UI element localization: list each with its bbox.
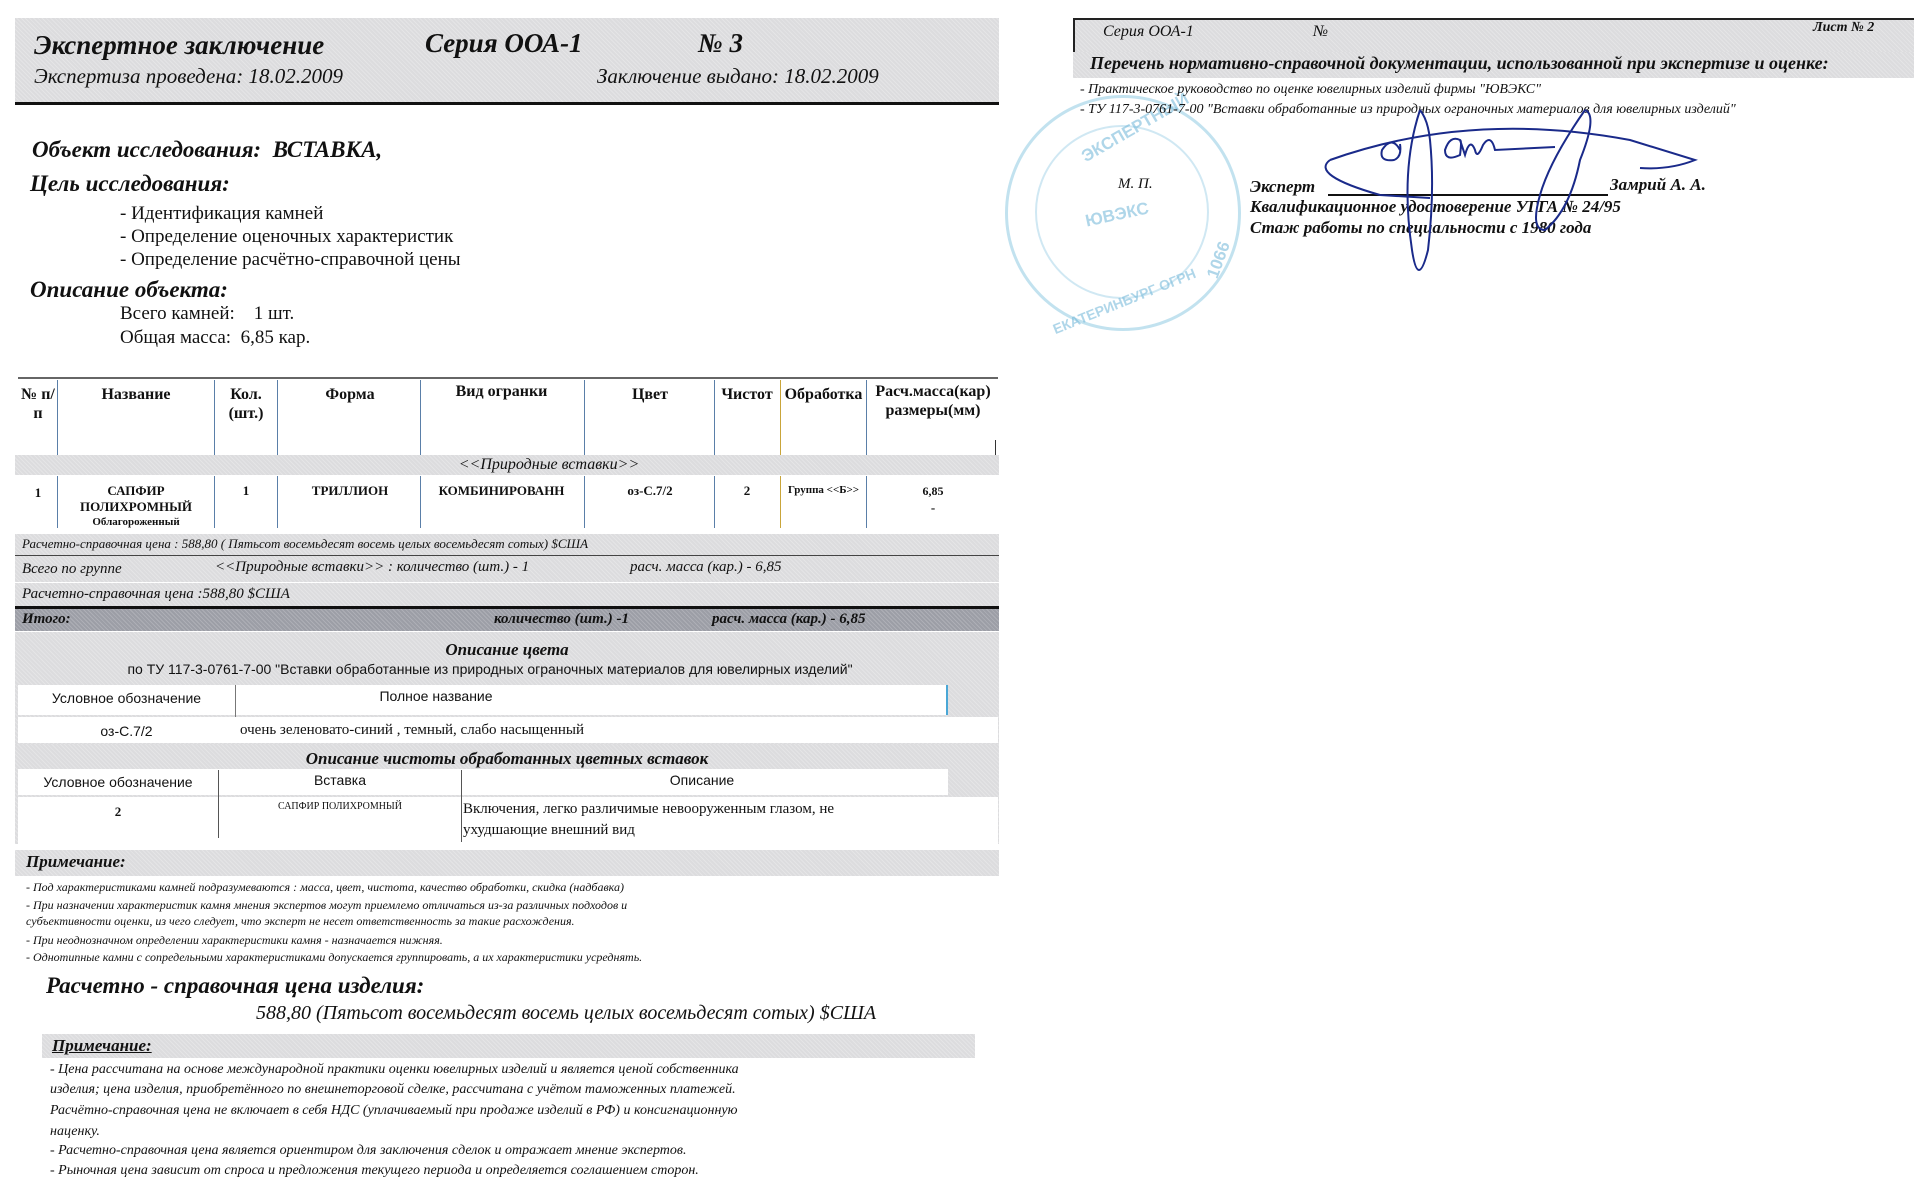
object-section: Объект исследования: ВСТАВКА, (32, 137, 382, 163)
table-top-rule (18, 377, 998, 379)
cell-clarity: 2 (715, 483, 779, 499)
col-divider (866, 380, 867, 455)
document-series: Серия ООА-1 (425, 28, 583, 59)
cell-qty: 1 (216, 483, 276, 499)
note-1-title: Примечание: (26, 852, 126, 872)
col-divider (277, 380, 278, 455)
col-header-mass: Расч.масса(кар) размеры(мм) (866, 382, 1000, 420)
color-name: очень зеленовато-синий , темный, слабо н… (240, 722, 584, 739)
note-1-line: - При назначении характеристик камня мне… (26, 898, 627, 913)
purpose-item: - Определение оценочных характеристик (120, 226, 453, 248)
note-2-line: наценку. (50, 1124, 100, 1140)
doc-item: - Практическое руководство по оценке юве… (1080, 82, 1541, 98)
col-divider (584, 476, 585, 528)
cell-name: САПФИР ПОЛИХРОМНЫЙ (60, 483, 212, 515)
expertise-date: Экспертиза проведена: 18.02.2009 (34, 64, 343, 89)
col-divider (57, 476, 58, 528)
note-1-line: - Однотипные камни с сопредельными харак… (26, 950, 642, 965)
col-divider (714, 476, 715, 528)
object-label: Объект исследования: (32, 137, 261, 162)
col-header-shape: Форма (280, 385, 420, 404)
note-1-line: субъективности оценки, из чего следует, … (26, 914, 575, 929)
color-header-code: Условное обозначение (18, 690, 235, 706)
col-header-qty: Кол. (шт.) (216, 385, 276, 423)
col-divider (780, 476, 781, 528)
group-price: Расчетно-справочная цена :588,80 $США (22, 586, 290, 603)
page-2-series: Серия ООА-1 (1103, 23, 1194, 41)
signature-icon (1300, 100, 1740, 300)
sheet-number: Лист № 2 (1813, 20, 1874, 36)
clarity-desc-title: Описание чистоты обработанных цветных вс… (0, 749, 1014, 769)
document-number: № 3 (698, 28, 743, 59)
group-total-qty: <<Природные вставки>> : количество (шт.)… (215, 559, 529, 576)
total-mass: Общая масса: 6,85 кар. (120, 327, 310, 349)
note-1-line: - При неоднозначном определении характер… (26, 933, 443, 948)
clarity-description-line1: Включения, легко различимые невооруженны… (463, 801, 834, 818)
price-label: Расчетно - справочная цена изделия: (46, 973, 424, 999)
purpose-item: - Идентификация камней (120, 203, 323, 225)
col-header-num: № п/п (18, 385, 58, 423)
col-divider (214, 476, 215, 528)
total-stones-label: Всего камней: (120, 303, 235, 324)
note-2-line: изделия; цена изделия, приобретённого по… (50, 1082, 736, 1098)
cell-mass: 6,85 (866, 483, 1000, 499)
seal-label: М. П. (1118, 176, 1153, 193)
col-header-treatment: Обработка (781, 385, 866, 404)
color-code: оз-С.7/2 (18, 723, 235, 739)
col-header-name: Название (60, 385, 212, 404)
note-2-line: - Расчетно-справочная цена является орие… (50, 1143, 687, 1159)
col-divider (866, 476, 867, 528)
page-2-number: № (1313, 23, 1328, 41)
grand-total-label: Итого: (22, 611, 71, 628)
clarity-insert: САПФИР ПОЛИХРОМНЫЙ (220, 801, 460, 812)
object-value: ВСТАВКА, (273, 137, 383, 162)
note-2-band (42, 1034, 975, 1058)
col-divider (420, 476, 421, 528)
col-divider (420, 380, 421, 455)
cell-color: оз-С.7/2 (585, 483, 715, 499)
cell-name-note: Облагороженный (60, 514, 212, 530)
cell-shape: ТРИЛЛИОН (280, 483, 420, 499)
col-divider (714, 380, 715, 455)
col-divider (780, 380, 781, 455)
color-desc-subtitle: по ТУ 117-3-0761-7-00 "Вставки обработан… (0, 661, 980, 677)
price-value: 588,80 (Пятьсот восемьдесят восемь целых… (256, 1002, 876, 1025)
clarity-code: 2 (18, 804, 218, 820)
note-2-title: Примечание: (52, 1036, 152, 1056)
grand-total-qty: количество (шт.) -1 (494, 611, 629, 628)
docs-title: Перечень нормативно-справочной документа… (1090, 53, 1829, 74)
description-label: Описание объекта: (30, 277, 228, 303)
note-2-line: Расчётно-справочная цена не включает в с… (50, 1103, 738, 1119)
purpose-label: Цель исследования: (30, 171, 230, 197)
clarity-description-line2: ухудшающие внешний вид (463, 822, 635, 839)
col-header-clarity: Чистот (715, 385, 779, 404)
issue-date: Заключение выдано: 18.02.2009 (597, 64, 879, 89)
note-1-band (15, 850, 999, 876)
col-divider (218, 770, 219, 838)
color-desc-title: Описание цвета (0, 640, 1014, 660)
row-price: Расчетно-справочная цена : 588,80 ( Пять… (22, 536, 588, 552)
total-stones: Всего камней: 1 шт. (120, 303, 294, 325)
purpose-item: - Определение расчётно-справочной цены (120, 249, 461, 271)
clarity-header-insert: Вставка (220, 772, 460, 788)
col-divider (461, 770, 462, 842)
col-divider (57, 380, 58, 455)
color-header-name: Полное название (236, 688, 636, 704)
group-total-label: Всего по группе (22, 561, 122, 578)
total-stones-value: 1 шт. (254, 303, 295, 324)
cell-num: 1 (18, 485, 58, 501)
cell-size: - (866, 500, 1000, 516)
col-divider (277, 476, 278, 528)
total-mass-label: Общая масса: (120, 327, 231, 348)
note-2-line: - Цена рассчитана на основе международно… (50, 1062, 739, 1078)
total-mass-value: 6,85 кар. (241, 327, 311, 348)
col-header-color: Цвет (585, 385, 715, 404)
clarity-header-code: Условное обозначение (18, 774, 218, 790)
col-divider (214, 380, 215, 455)
col-divider (584, 380, 585, 455)
note-1-line: - Под характеристиками камней подразумев… (26, 880, 624, 895)
page-2-header (1073, 18, 1914, 54)
col-header-cut: Вид огранки (420, 382, 583, 401)
col-divider (995, 440, 996, 455)
document-title: Экспертное заключение (34, 30, 324, 61)
group-total-mass: расч. масса (кар.) - 6,85 (630, 559, 782, 576)
group-label: <<Природные вставки>> (0, 456, 1098, 474)
cell-cut: КОМБИНИРОВАНН (420, 483, 583, 499)
clarity-header-description: Описание (462, 772, 942, 788)
cell-treatment: Группа <<Б>> (781, 483, 866, 498)
note-2-line: - Рыночная цена зависит от спроса и пред… (50, 1163, 699, 1179)
grand-total-mass: расч. масса (кар.) - 6,85 (712, 611, 866, 628)
